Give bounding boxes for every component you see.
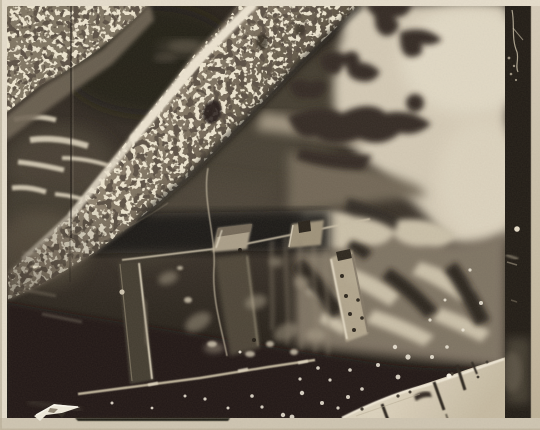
film-grain [0,0,540,430]
photo-canvas [0,0,540,430]
photograph [0,0,540,430]
